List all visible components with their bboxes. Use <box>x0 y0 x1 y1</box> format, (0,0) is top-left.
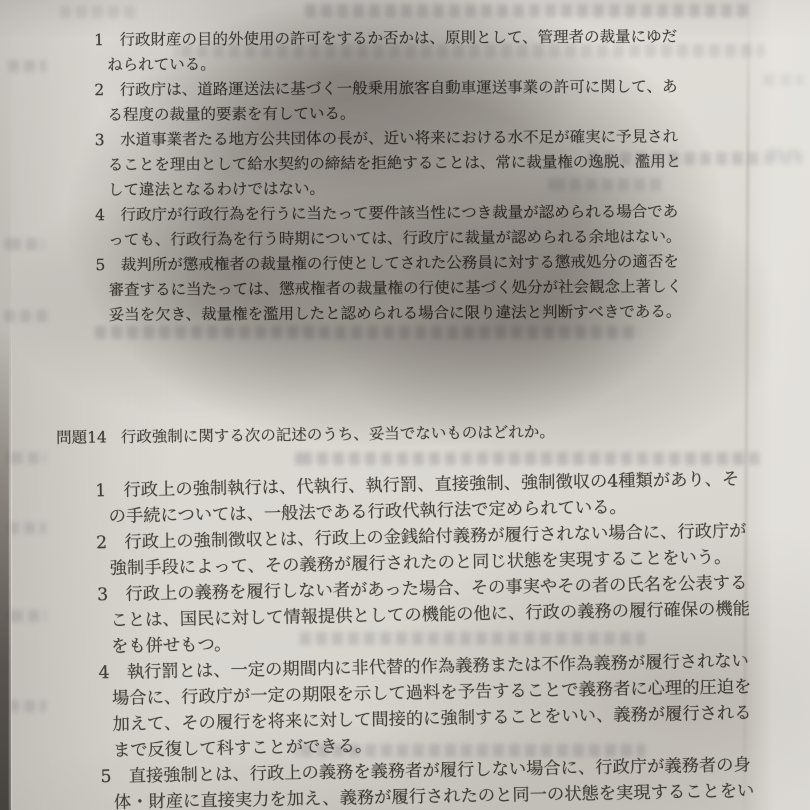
question13-option-3: 3 水道事業者たる地方公共団体の長が、近い将来における水不足が確実に予見され る… <box>108 124 768 203</box>
bleedthrough-text <box>305 4 750 17</box>
question14-options-block: 1 行政上の強制執行は、代執行、執行罰、直接強制、強制徴収の4種類があり、そ の… <box>108 465 810 810</box>
bleedthrough-text <box>95 326 640 339</box>
question14-option-4: 4 執行罰とは、一定の期間内に非代替的作為義務または不作為義務が履行されない 場… <box>111 647 810 764</box>
question13-options-block: 1 行政財産の目的外使用の許可をするか否かは、原則として、管理者の裁量にゆだ ね… <box>107 24 769 328</box>
bleedthrough-mark <box>8 60 46 72</box>
question13-option-4: 4 行政庁が行政行為を行うに当たって要件該当性につき裁量が認められる場合であ っ… <box>108 199 768 253</box>
question14-heading: 問題14行政強制に関する次の記述のうち、妥当でないものはどれか。 <box>56 421 555 449</box>
bleedthrough-text <box>295 452 765 465</box>
page-edge-highlight <box>9 0 12 810</box>
bleedthrough-mark <box>4 310 48 322</box>
bleedthrough-mark <box>4 238 44 250</box>
bleedthrough-mark <box>764 74 804 86</box>
question13-option-5: 5 裁判所が懲戒権者の裁量権の行使としてされた公務員に対する懲戒処分の適否を 審… <box>108 249 768 328</box>
photographed-exam-page: 1 行政財産の目的外使用の許可をするか否かは、原則として、管理者の裁量にゆだ ね… <box>0 0 810 810</box>
bleedthrough-mark <box>6 452 46 464</box>
question13-option-2: 2 行政庁は、道路運送法に基づく一般乗用旅客自動車運送事業の許可に関して、あ る… <box>107 74 767 128</box>
question14-option-3: 3 行政上の義務を履行しない者があった場合、その事実やその者の氏名を公表する こ… <box>110 569 810 660</box>
bleedthrough-mark <box>8 522 46 534</box>
question14-label: 問題14 <box>56 428 107 447</box>
bleedthrough-mark <box>8 700 46 712</box>
bleedthrough-mark <box>766 148 802 160</box>
question13-option-1: 1 行政財産の目的外使用の許可をするか否かは、原則として、管理者の裁量にゆだ ね… <box>107 24 767 78</box>
question14-text: 行政強制に関する次の記述のうち、妥当でないものはどれか。 <box>121 423 555 446</box>
bleedthrough-mark <box>6 610 46 622</box>
bleedthrough-mark <box>60 6 140 18</box>
page-left-edge <box>0 0 11 810</box>
